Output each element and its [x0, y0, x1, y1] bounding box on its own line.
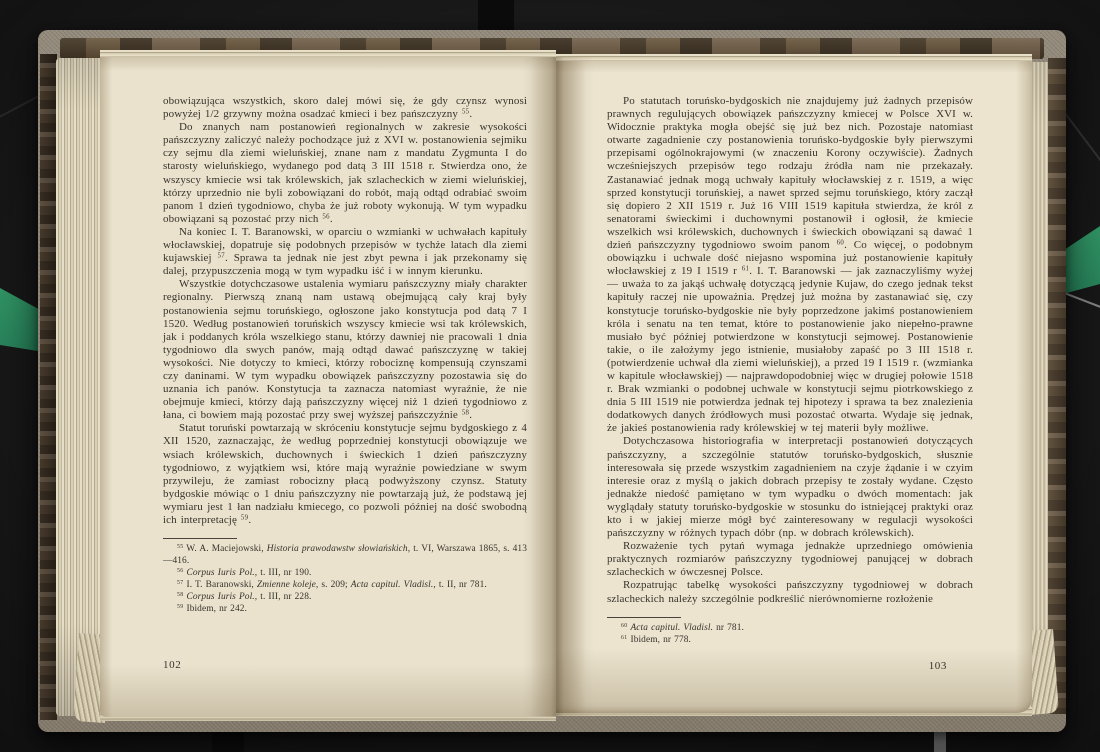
paragraph: Dotychczasowa historiografia w interpret… — [607, 435, 973, 540]
footnote: 56 Corpus Iuris Pol., t. III, nr 190. — [163, 568, 527, 580]
footnote: 58 Corpus Iuris Pol., t. III, nr 228. — [163, 592, 527, 604]
paragraph: Po statutach toruńsko-bydgoskich nie zna… — [607, 95, 973, 435]
footnote: 55 W. A. Maciejowski, Historia prawodaws… — [163, 544, 527, 568]
footnote: 59 Ibidem, nr 242. — [163, 604, 527, 616]
paragraph: Statut toruński powtarzają w skróceniu k… — [163, 422, 527, 527]
page-number-103: 103 — [607, 660, 947, 672]
page-102-text-column: obowiązująca wszystkich, skoro dalej mów… — [163, 95, 527, 616]
footnote-rule — [163, 538, 237, 539]
footnote: 57 I. T. Baranowski, Zmienne koleje, s. … — [163, 580, 527, 592]
footnote: 61 Ibidem, nr 778. — [607, 635, 973, 647]
cover-board-edge-left — [40, 54, 57, 720]
paragraph: Rozpatrując tabelkę wysokości pańszczyzn… — [607, 579, 973, 605]
page-edges-right — [1030, 62, 1048, 712]
footnote-rule — [607, 617, 681, 618]
book-scan-photo: obowiązująca wszystkich, skoro dalej mów… — [0, 0, 1100, 752]
cover-board-edge-right — [1048, 58, 1066, 714]
page-102: obowiązująca wszystkich, skoro dalej mów… — [100, 57, 556, 717]
page-103-text-column: Po statutach toruńsko-bydgoskich nie zna… — [607, 95, 973, 646]
page-103: Po statutach toruńsko-bydgoskich nie zna… — [556, 61, 1032, 713]
paragraph: Do znanych nam postanowień regionalnych … — [163, 121, 527, 226]
paragraph: Wszystkie dotychczasowe ustalenia wymiar… — [163, 278, 527, 422]
page-edges-left — [56, 58, 102, 716]
paragraph: Rozważenie tych pytań wymaga jednakże up… — [607, 540, 973, 579]
page-number-102: 102 — [163, 659, 181, 671]
paragraph: Na koniec I. T. Baranowski, w oparciu o … — [163, 226, 527, 278]
paragraph: obowiązująca wszystkich, skoro dalej mów… — [163, 95, 527, 121]
footnote: 60 Acta capitul. Vladisl. nr 781. — [607, 623, 973, 635]
